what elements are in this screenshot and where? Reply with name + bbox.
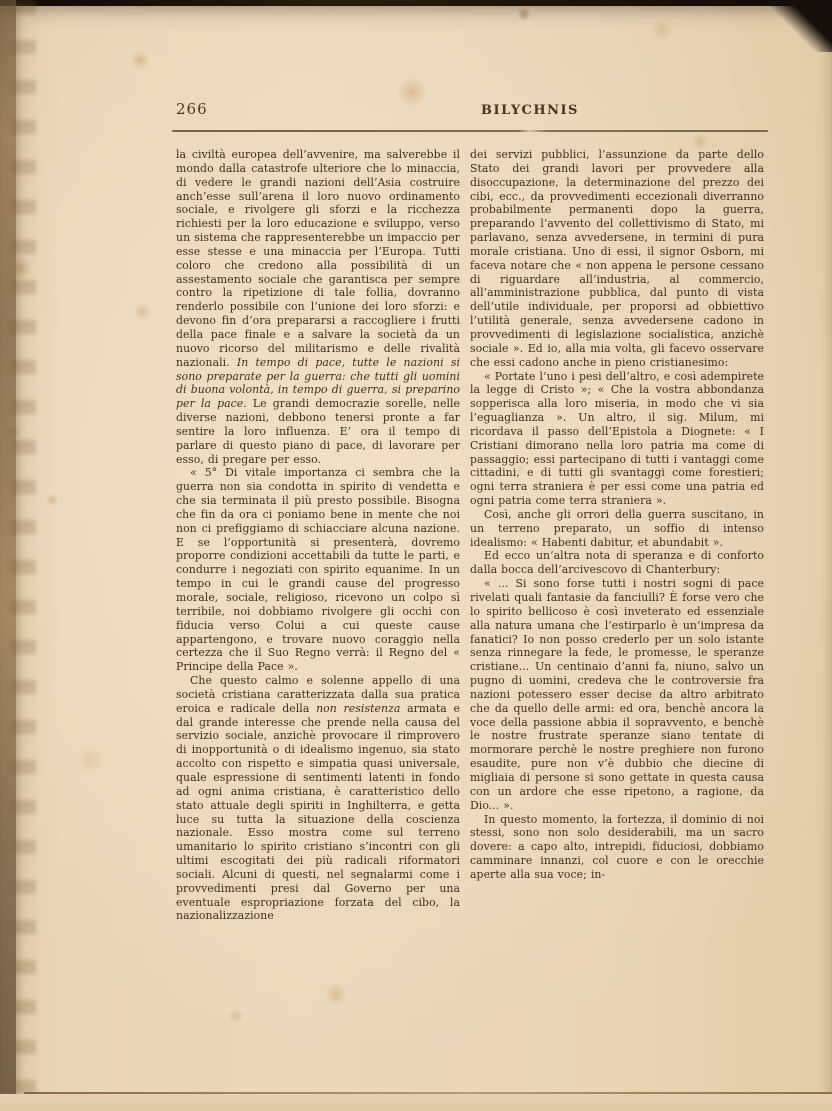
- text-run: la civiltà europea dell’avvenire, ma sal…: [176, 148, 460, 369]
- journal-title: BILYCHNIS: [481, 103, 579, 118]
- paragraph: la civiltà europea dell’avvenire, ma sal…: [176, 148, 460, 466]
- paragraph: Ed ecco un’altra nota di speranza e di c…: [470, 549, 764, 577]
- paragraph: « Portate l’uno i pesi dell’altro, e cos…: [470, 370, 764, 508]
- paragraph: Che questo calmo e solenne appello di un…: [176, 674, 460, 923]
- text-column-left: la civiltà europea dell’avvenire, ma sal…: [176, 148, 460, 923]
- text-run: Ed ecco un’altra nota di speranza e di c…: [470, 549, 764, 576]
- paragraph: « 5° Di vitale importanza ci sembra che …: [176, 466, 460, 674]
- page-corner-shadow: [772, 0, 832, 52]
- binding-wear-streaks: [10, 0, 36, 1111]
- underlying-page-edge: [0, 1094, 832, 1111]
- page-number: 266: [176, 100, 208, 118]
- text-column-right: dei servizi pubblici, l’assunzione da pa…: [470, 148, 764, 882]
- text-run: In questo momento, la fortezza, il domin…: [470, 813, 764, 881]
- text-run: « ... Si sono forse tutti i nostri sogni…: [470, 577, 764, 812]
- italic-text-run: non resistenza: [316, 702, 400, 715]
- paragraph: « ... Si sono forse tutti i nostri sogni…: [470, 577, 764, 812]
- header-rule: [172, 130, 768, 132]
- text-run: armata e dal grande interesse che prende…: [176, 702, 460, 923]
- page-bottom-crease: [24, 1092, 832, 1094]
- text-run: « Portate l’uno i pesi dell’altro, e cos…: [470, 370, 764, 508]
- paragraph: Così, anche gli orrori della guerra susc…: [470, 508, 764, 550]
- paragraph: dei servizi pubblici, l’assunzione da pa…: [470, 148, 764, 370]
- text-run: « 5° Di vitale importanza ci sembra che …: [176, 466, 460, 673]
- text-run: dei servizi pubblici, l’assunzione da pa…: [470, 148, 764, 369]
- text-run: Così, anche gli orrori della guerra susc…: [470, 508, 764, 549]
- paragraph: In questo momento, la fortezza, il domin…: [470, 813, 764, 882]
- scan-top-edge: [0, 0, 832, 6]
